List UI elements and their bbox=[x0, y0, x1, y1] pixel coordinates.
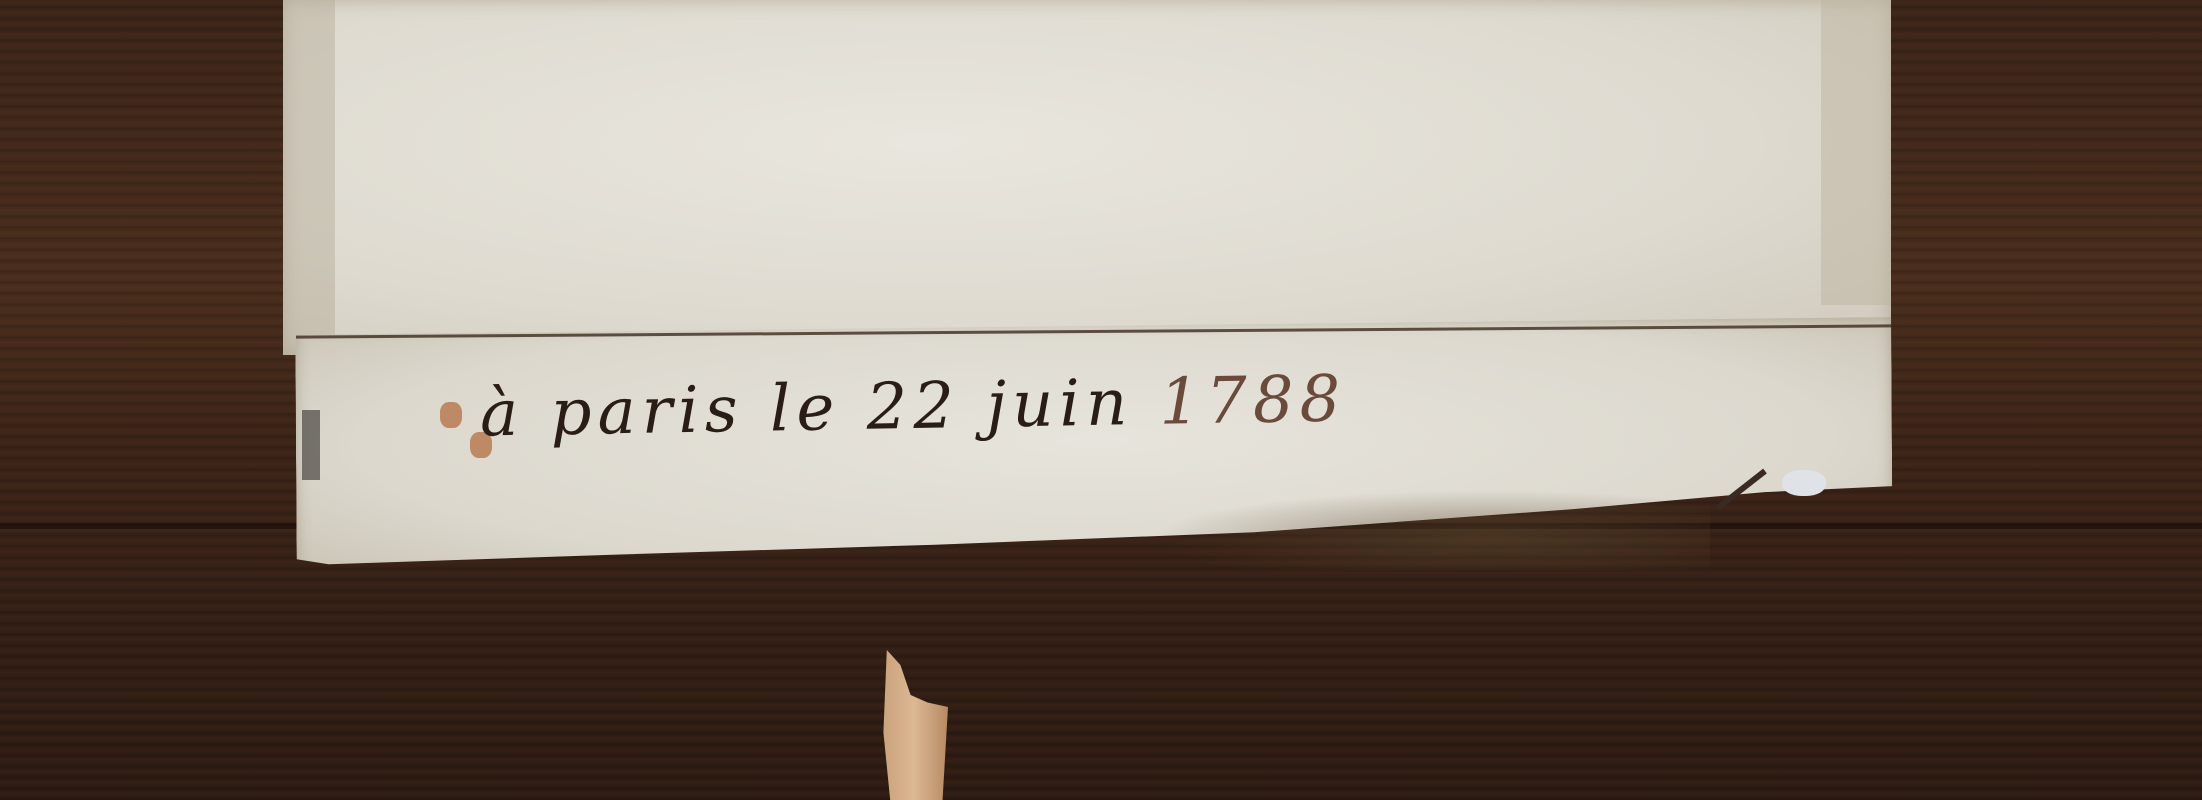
paper-right-edge bbox=[1821, 0, 1891, 305]
inscription-text: à paris le 22 juin 1788 bbox=[479, 362, 1346, 451]
inscription-place: à paris bbox=[479, 373, 744, 452]
grime-stain bbox=[1150, 490, 1710, 570]
rust-spot bbox=[440, 402, 462, 428]
inscription-month: juin bbox=[986, 366, 1134, 443]
inscription-day: 22 bbox=[866, 369, 961, 445]
nail-head bbox=[1782, 470, 1826, 496]
upper-paper-sheet bbox=[283, 0, 1891, 355]
inscription-le: le bbox=[769, 371, 841, 446]
inscription-year: 1788 bbox=[1159, 362, 1347, 439]
left-stain bbox=[302, 410, 320, 480]
paper-left-margin bbox=[283, 0, 335, 355]
